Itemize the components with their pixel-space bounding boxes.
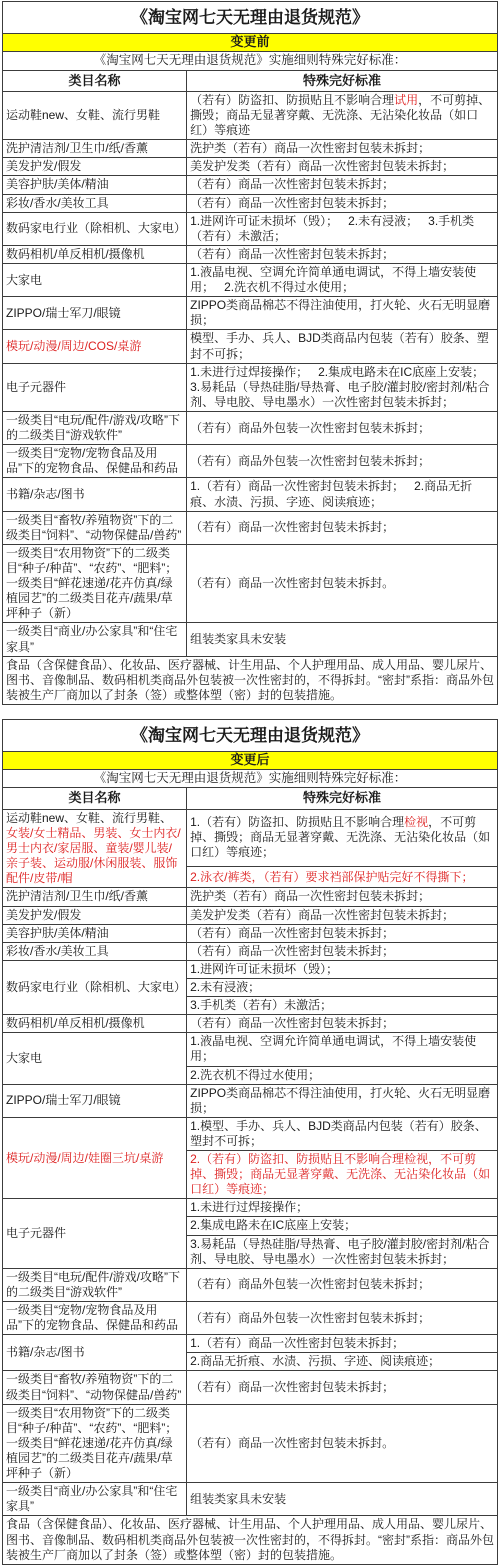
standard-cell: 2.集成电路未在IC底座上安装； [187, 1217, 498, 1235]
table-row: 一级类目“畜牧/养殖物资”下的二级类目“饲料”、“动物保健品/兽药”（若有）商品… [3, 511, 498, 544]
table-row: 彩妆/香水/美妆工具（若有）商品一次性密封包装未拆封； [3, 194, 498, 212]
standard-cell: 3.易耗品（导热硅脂/导热膏、电子胶/灌封胶/密封剂/粘合剂、导电胶、导电墨水）… [187, 1235, 498, 1268]
standard-cell: 洗护类（若有）商品一次性密封包装未拆封； [187, 888, 498, 906]
table-row: 数码家电行业（除相机、大家电）1.进网许可证未损坏（毁）； 2.未有浸液； 3.… [3, 212, 498, 245]
category-cell: 大家电 [3, 264, 187, 297]
category-cell: 彩妆/香水/美妆工具 [3, 194, 187, 212]
column-header-standard: 特殊完好标准 [187, 70, 498, 91]
table-row: 电子元器件1.未进行过焊接操作； [3, 1199, 498, 1217]
standard-cell: 美发护发类（若有）商品一次性密封包装未拆封； [187, 906, 498, 924]
standard-cell: 1.液晶电视、空调允许简单通电调试，不得上墙安装使用； [187, 1033, 498, 1066]
subtitle-row: 《淘宝网七天无理由退货规范》实施细则特殊完好标准： [3, 51, 498, 70]
table-row: 美发护发/假发美发护发类（若有）商品一次性密封包装未拆封； [3, 158, 498, 176]
table-row: 书籍/杂志/图书1.（若有）商品一次性密封包装未拆封； [3, 1335, 498, 1353]
table-row: 美容护肤/美体/精油（若有）商品一次性密封包装未拆封； [3, 176, 498, 194]
category-cell: 数码家电行业（除相机、大家电） [3, 212, 187, 245]
table-row: 数码家电行业（除相机、大家电）1.进网许可证未损坏（毁）； [3, 960, 498, 978]
category-cell: 一级类目“农用物资”下的二级类目“种子/种苗”、“农药”、“肥料”；一级类目“鲜… [3, 1404, 187, 1483]
standard-cell: （若有）商品外包装一次性密封包装未拆封； [187, 1268, 498, 1301]
standards-subtitle: 《淘宝网七天无理由退货规范》实施细则特殊完好标准： [3, 51, 498, 70]
standard-cell: 2.商品无折痕、水渍、污损、字迹、阅读痕迹； [187, 1353, 498, 1371]
standard-cell: ZIPPO类商品棉芯不得注油使用，打火轮、火石无明显磨损； [187, 297, 498, 330]
table-footer-note: 食品（含保健食品）、化妆品、医疗器械、计生用品、个人护理用品、成人用品、婴儿尿片… [3, 656, 498, 704]
category-cell: 一级类目“电玩/配件/游戏/攻略”下的二级类目“游戏软件” [3, 411, 187, 444]
table-footer-note: 食品（含保健食品）、化妆品、医疗器械、计生用品、个人护理用品、成人用品、婴儿尿片… [3, 1516, 498, 1564]
table-row: 电子元器件1.未进行过焊接操作； 2.集成电路未在IC底座上安装； 3.易耗品（… [3, 363, 498, 411]
table-row: 数码相机/单反相机/摄像机（若有）商品一次性密封包装未拆封； [3, 245, 498, 263]
category-cell: 模玩/动漫/周边/COS/桌游 [3, 330, 187, 363]
banner-row: 变更后 [3, 752, 498, 769]
standard-cell: 1.（若有）商品一次性密封包装未拆封； 2.商品无折痕、水渍、污损、字迹、阅读痕… [187, 478, 498, 511]
category-cell: 运动鞋new、女鞋、流行男鞋、女装/女士精品、男装、女士内衣/男士内衣/家居服、… [3, 809, 187, 888]
standard-cell: 2.洗衣机不得过水使用； [187, 1066, 498, 1084]
category-cell: 电子元器件 [3, 1199, 187, 1268]
policy-table-after: 《淘宝网七天无理由退货规范》 变更后 《淘宝网七天无理由退货规范》实施细则特殊完… [2, 719, 498, 1565]
category-cell: 电子元器件 [3, 363, 187, 411]
category-cell: 一级类目“宠物/宠物食品及用品”下的宠物食品、保健品和药品 [3, 1302, 187, 1335]
category-cell: 一级类目“畜牧/养殖物资”下的二级类目“饲料”、“动物保健品/兽药” [3, 1371, 187, 1404]
highlight-red-text: 试用 [394, 93, 418, 107]
subtitle-row: 《淘宝网七天无理由退货规范》实施细则特殊完好标准： [3, 769, 498, 788]
category-cell: 运动鞋new、女鞋、流行男鞋 [3, 91, 187, 139]
category-cell: 洗护清洁剂/卫生巾/纸/香薰 [3, 888, 187, 906]
standard-cell: 1.（若有）商品一次性密封包装未拆封； [187, 1335, 498, 1353]
highlight-red-text: 模玩/动漫/周边/COS/桌游 [6, 339, 141, 353]
standard-cell: （若有）商品一次性密封包装未拆封； [187, 1015, 498, 1033]
table-row: 洗护清洁剂/卫生巾/纸/香薰洗护类（若有）商品一次性密封包装未拆封； [3, 140, 498, 158]
standard-cell: 洗护类（若有）商品一次性密封包装未拆封； [187, 140, 498, 158]
table-body: 运动鞋new、女鞋、流行男鞋（若有）防盗扣、防损贴且不影响合理试用，不可剪掉、撕… [3, 91, 498, 656]
table-row: 大家电1.液晶电视、空调允许简单通电调试，不得上墙安装使用； [3, 1033, 498, 1066]
standard-cell: 1.进网许可证未损坏（毁）； [187, 960, 498, 978]
table-row: 一级类目“农用物资”下的二级类目“种子/种苗”、“农药”、“肥料”；一级类目“鲜… [3, 1404, 498, 1483]
category-cell: 美发护发/假发 [3, 906, 187, 924]
category-cell: 数码相机/单反相机/摄像机 [3, 245, 187, 263]
doc-title: 《淘宝网七天无理由退货规范》 [3, 2, 498, 34]
highlight-red-text: 2.（若有）防盗扣、防损贴且不影响合理检视，不可剪掉、撕毁；商品无显著穿戴、无洗… [190, 1152, 490, 1196]
category-cell: 洗护清洁剂/卫生巾/纸/香薰 [3, 140, 187, 158]
standard-cell: 1.模型、手办、兵人、BJD类商品内包装（若有）胶条、塑封不可拆； [187, 1117, 498, 1150]
category-cell: 书籍/杂志/图书 [3, 478, 187, 511]
title-row: 《淘宝网七天无理由退货规范》 [3, 719, 498, 751]
table-row: 运动鞋new、女鞋、流行男鞋（若有）防盗扣、防损贴且不影响合理试用，不可剪掉、撕… [3, 91, 498, 139]
highlight-red-text: 检视 [404, 815, 428, 829]
table-body: 运动鞋new、女鞋、流行男鞋、女装/女士精品、男装、女士内衣/男士内衣/家居服、… [3, 809, 498, 1516]
column-header-row: 类目名称 特殊完好标准 [3, 788, 498, 809]
highlight-red-text: 女装/女士精品、男装、女士内衣/男士内衣/家居服、童装/婴儿装/亲子装、运动服/… [6, 826, 181, 885]
standards-subtitle: 《淘宝网七天无理由退货规范》实施细则特殊完好标准： [3, 769, 498, 788]
standard-cell: （若有）商品一次性密封包装未拆封； [187, 1371, 498, 1404]
standard-cell: （若有）商品一次性密封包装未拆封； [187, 176, 498, 194]
column-header-row: 类目名称 特殊完好标准 [3, 70, 498, 91]
footer-row: 食品（含保健食品）、化妆品、医疗器械、计生用品、个人护理用品、成人用品、婴儿尿片… [3, 1516, 498, 1564]
category-cell: ZIPPO/瑞士军刀/眼镜 [3, 297, 187, 330]
standard-cell: 1.未进行过焊接操作； [187, 1199, 498, 1217]
table-row: 洗护清洁剂/卫生巾/纸/香薰洗护类（若有）商品一次性密封包装未拆封； [3, 888, 498, 906]
table-row: 数码相机/单反相机/摄像机（若有）商品一次性密封包装未拆封； [3, 1015, 498, 1033]
standard-cell: 3.手机类（若有）未激活； [187, 997, 498, 1015]
standard-cell: （若有）商品一次性密封包装未拆封。 [187, 544, 498, 623]
standard-cell: 美发护发类（若有）商品一次性密封包装未拆封； [187, 158, 498, 176]
change-banner-before: 变更前 [3, 34, 498, 51]
category-cell: 数码家电行业（除相机、大家电） [3, 960, 187, 1014]
table-row: ZIPPO/瑞士军刀/眼镜ZIPPO类商品棉芯不得注油使用，打火轮、火石无明显磨… [3, 297, 498, 330]
standard-cell: 组装类家具未安装 [187, 1483, 498, 1516]
category-cell: 一级类目“电玩/配件/游戏/攻略”下的二级类目“游戏软件” [3, 1268, 187, 1301]
standard-cell: （若有）商品一次性密封包装未拆封； [187, 511, 498, 544]
standard-cell: （若有）商品一次性密封包装未拆封； [187, 942, 498, 960]
category-cell: 彩妆/香水/美妆工具 [3, 942, 187, 960]
category-cell: 美容护肤/美体/精油 [3, 176, 187, 194]
table-row: 大家电1.液晶电视、空调允许简单通电调试，不得上墙安装使用； 2.洗衣机不得过水… [3, 264, 498, 297]
category-cell: 一级类目“商业/办公家具”和“住宅家具” [3, 1483, 187, 1516]
category-cell: 一级类目“宠物/宠物食品及用品”下的宠物食品、保健品和药品 [3, 445, 187, 478]
document-page: 《淘宝网七天无理由退货规范》 变更前 《淘宝网七天无理由退货规范》实施细则特殊完… [0, 0, 500, 1566]
table-row: 模玩/动漫/周边/娃圈三坑/桌游1.模型、手办、兵人、BJD类商品内包装（若有）… [3, 1117, 498, 1150]
category-cell: 一级类目“畜牧/养殖物资”下的二级类目“饲料”、“动物保健品/兽药” [3, 511, 187, 544]
standard-cell: （若有）商品外包装一次性密封包装未拆封； [187, 411, 498, 444]
standard-cell: 1.（若有）防盗扣、防损贴且不影响合理检视，不可剪掉、撕毁；商品无显著穿戴、无洗… [187, 809, 498, 866]
highlight-red-text: 2.泳衣/裤类，（若有）要求裆部保护贴完好不得撕下； [190, 870, 473, 884]
table-row: 书籍/杂志/图书1.（若有）商品一次性密封包装未拆封； 2.商品无折痕、水渍、污… [3, 478, 498, 511]
column-header-category: 类目名称 [3, 70, 187, 91]
title-row: 《淘宝网七天无理由退货规范》 [3, 2, 498, 34]
table-row: 模玩/动漫/周边/COS/桌游模型、手办、兵人、BJD类商品内包装（若有）胶条、… [3, 330, 498, 363]
standard-cell: 1.未进行过焊接操作； 2.集成电路未在IC底座上安装； 3.易耗品（导热硅脂/… [187, 363, 498, 411]
table-row: 一级类目“电玩/配件/游戏/攻略”下的二级类目“游戏软件”（若有）商品外包装一次… [3, 1268, 498, 1301]
doc-title: 《淘宝网七天无理由退货规范》 [3, 719, 498, 751]
standard-cell: ZIPPO类商品棉芯不得注油使用，打火轮、火石无明显磨损； [187, 1084, 498, 1117]
category-cell: 一级类目“商业/办公家具”和“住宅家具” [3, 623, 187, 656]
category-cell: ZIPPO/瑞士军刀/眼镜 [3, 1084, 187, 1117]
category-cell: 美发护发/假发 [3, 158, 187, 176]
table-row: 彩妆/香水/美妆工具（若有）商品一次性密封包装未拆封； [3, 942, 498, 960]
table-row: 一级类目“畜牧/养殖物资”下的二级类目“饲料”、“动物保健品/兽药”（若有）商品… [3, 1371, 498, 1404]
policy-table-before: 《淘宝网七天无理由退货规范》 变更前 《淘宝网七天无理由退货规范》实施细则特殊完… [2, 1, 498, 705]
standard-cell: （若有）商品一次性密封包装未拆封； [187, 245, 498, 263]
table-row: 运动鞋new、女鞋、流行男鞋、女装/女士精品、男装、女士内衣/男士内衣/家居服、… [3, 809, 498, 866]
standard-cell: （若有）防盗扣、防损贴且不影响合理试用，不可剪掉、撕毁；商品无显著穿戴、无洗涤、… [187, 91, 498, 139]
highlight-red-text: 模玩/动漫/周边/娃圈三坑/桌游 [6, 1151, 163, 1165]
standard-cell: （若有）商品一次性密封包装未拆封； [187, 924, 498, 942]
table-row: 美容护肤/美体/精油（若有）商品一次性密封包装未拆封； [3, 924, 498, 942]
banner-row: 变更前 [3, 34, 498, 51]
category-cell: 数码相机/单反相机/摄像机 [3, 1015, 187, 1033]
table-row: 一级类目“商业/办公家具”和“住宅家具”组装类家具未安装 [3, 1483, 498, 1516]
standard-cell: （若有）商品外包装一次性密封包装未拆封； [187, 1302, 498, 1335]
table-row: 美发护发/假发美发护发类（若有）商品一次性密封包装未拆封； [3, 906, 498, 924]
standard-cell: 1.液晶电视、空调允许简单通电调试，不得上墙安装使用； 2.洗衣机不得过水使用； [187, 264, 498, 297]
standard-cell: 1.进网许可证未损坏（毁）； 2.未有浸液； 3.手机类（若有）未激活； [187, 212, 498, 245]
change-banner-after: 变更后 [3, 752, 498, 769]
category-cell: 模玩/动漫/周边/娃圈三坑/桌游 [3, 1117, 187, 1199]
standard-cell: 组装类家具未安装 [187, 623, 498, 656]
footer-row: 食品（含保健食品）、化妆品、医疗器械、计生用品、个人护理用品、成人用品、婴儿尿片… [3, 656, 498, 704]
standard-cell: （若有）商品外包装一次性密封包装未拆封； [187, 445, 498, 478]
table-row: 一级类目“农用物资”下的二级类目“种子/种苗”、“农药”、“肥料”；一级类目“鲜… [3, 544, 498, 623]
table-row: 一级类目“电玩/配件/游戏/攻略”下的二级类目“游戏软件”（若有）商品外包装一次… [3, 411, 498, 444]
standard-cell: 模型、手办、兵人、BJD类商品内包装（若有）胶条、塑封不可拆； [187, 330, 498, 363]
category-cell: 一级类目“农用物资”下的二级类目“种子/种苗”、“农药”、“肥料”；一级类目“鲜… [3, 544, 187, 623]
standard-cell: （若有）商品一次性密封包装未拆封。 [187, 1404, 498, 1483]
column-header-category: 类目名称 [3, 788, 187, 809]
column-header-standard: 特殊完好标准 [187, 788, 498, 809]
table-row: 一级类目“宠物/宠物食品及用品”下的宠物食品、保健品和药品（若有）商品外包装一次… [3, 445, 498, 478]
standard-cell: 2.泳衣/裤类，（若有）要求裆部保护贴完好不得撕下； [187, 866, 498, 887]
standard-cell: 2.（若有）防盗扣、防损贴且不影响合理检视，不可剪掉、撕毁；商品无显著穿戴、无洗… [187, 1151, 498, 1199]
standard-cell: 2.未有浸液； [187, 978, 498, 996]
table-row: ZIPPO/瑞士军刀/眼镜ZIPPO类商品棉芯不得注油使用，打火轮、火石无明显磨… [3, 1084, 498, 1117]
table-row: 一级类目“商业/办公家具”和“住宅家具”组装类家具未安装 [3, 623, 498, 656]
category-cell: 书籍/杂志/图书 [3, 1335, 187, 1371]
table-row: 一级类目“宠物/宠物食品及用品”下的宠物食品、保健品和药品（若有）商品外包装一次… [3, 1302, 498, 1335]
category-cell: 大家电 [3, 1033, 187, 1084]
category-cell: 美容护肤/美体/精油 [3, 924, 187, 942]
standard-cell: （若有）商品一次性密封包装未拆封； [187, 194, 498, 212]
